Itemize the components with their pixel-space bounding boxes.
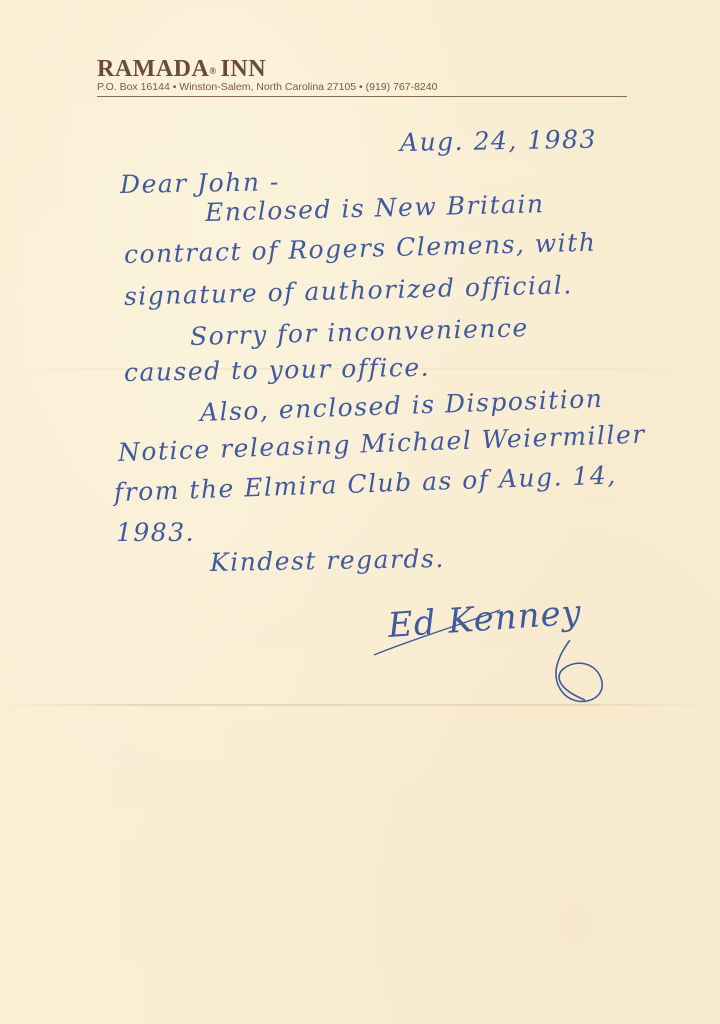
signature-flourish-icon bbox=[370, 600, 630, 710]
hotel-brand: RAMADA®INN bbox=[97, 58, 627, 80]
body-line: 1983. bbox=[116, 518, 195, 547]
closing: Kindest regards. bbox=[210, 544, 445, 577]
hotel-address: P.O. Box 16144 • Winston-Salem, North Ca… bbox=[97, 81, 627, 97]
salutation: Dear John - bbox=[120, 167, 280, 199]
brand-name: RAMADA bbox=[97, 56, 209, 82]
letter-date: Aug. 24, 1983 bbox=[400, 125, 597, 157]
letterhead: RAMADA®INN P.O. Box 16144 • Winston-Sale… bbox=[97, 58, 627, 97]
brand-suffix: INN bbox=[221, 56, 267, 82]
letter-paper bbox=[0, 0, 720, 1024]
signature: Ed Kenney bbox=[370, 600, 630, 710]
registered-mark: ® bbox=[209, 66, 216, 76]
body-line: caused to your office. bbox=[124, 353, 431, 387]
